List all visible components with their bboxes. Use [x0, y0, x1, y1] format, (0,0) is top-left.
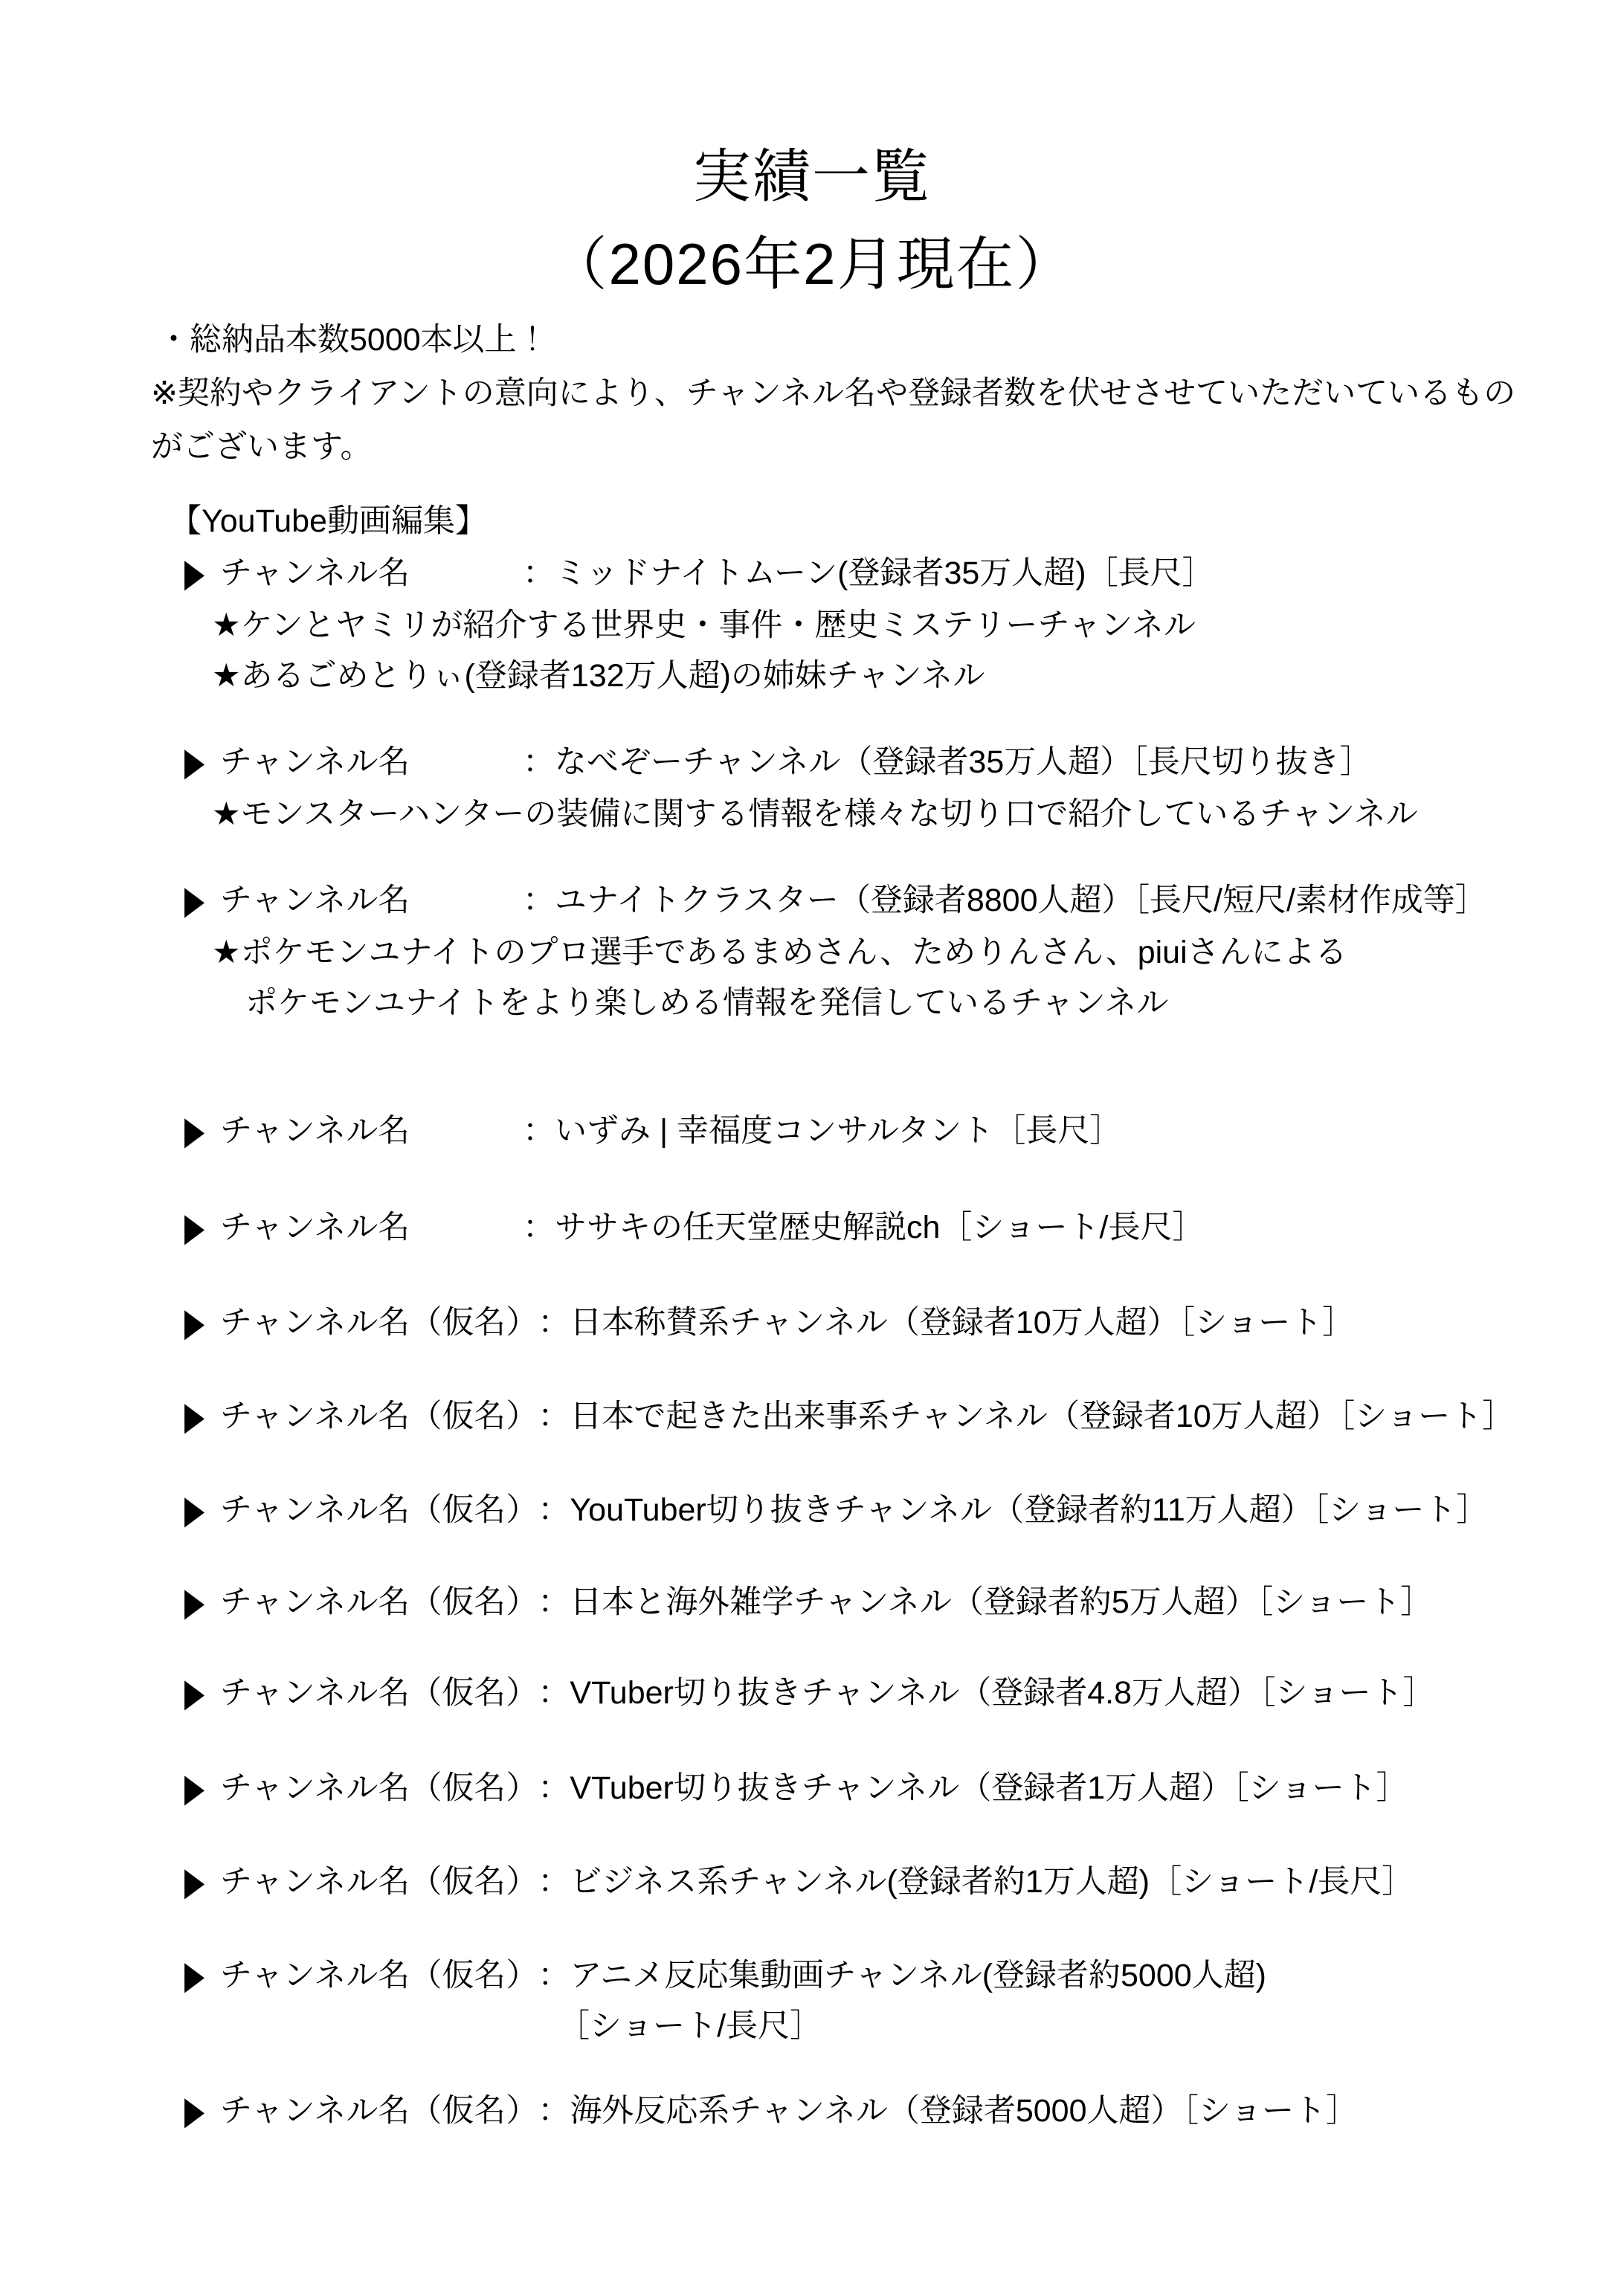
entry-colon: ：: [538, 1671, 570, 1715]
channel-entry: ▶ チャンネル名（仮名） ： YouTuber切り抜きチャンネル（登録者約11万…: [184, 1489, 1488, 1532]
triangle-bullet-icon: ▶: [184, 1202, 213, 1254]
channel-name: アニメ反応集動画チャンネル(登録者約5000人超): [570, 1954, 1266, 1997]
entry-label: チャンネル名（仮名）: [220, 1581, 538, 1624]
entry-colon: ：: [523, 552, 555, 595]
channel-note-continuation: ポケモンユナイトをより楽しめる情報を発信しているチャンネル: [245, 981, 1168, 1025]
channel-note: ★ケンとヤミリが紹介する世界史・事件・歴史ミステリーチャンネル: [212, 604, 1196, 647]
channel-name: 海外反応系チャンネル（登録者5000人超）［ショート］: [570, 2089, 1358, 2132]
entry-colon: ：: [523, 879, 555, 922]
channel-name: ミッドナイトムーン(登録者35万人超)［長尺］: [555, 552, 1214, 595]
entry-label: チャンネル名（仮名）: [220, 1489, 538, 1532]
triangle-bullet-icon: ▶: [184, 1390, 213, 1443]
triangle-bullet-icon: ▶: [184, 547, 213, 600]
page-title: 実績一覧: [0, 135, 1624, 217]
channel-name: VTuber切り抜きチャンネル（登録者1万人超）［ショート］: [570, 1767, 1408, 1810]
entry-label: チャンネル名: [220, 1109, 523, 1152]
channel-name: VTuber切り抜きチャンネル（登録者4.8万人超）［ショート］: [570, 1671, 1434, 1715]
channel-entry: ▶ チャンネル名（仮名） ： アニメ反応集動画チャンネル(登録者約5000人超): [184, 1954, 1266, 1997]
entry-label: チャンネル名（仮名）: [220, 1954, 538, 1997]
channel-entry: ▶ チャンネル名（仮名） ： VTuber切り抜きチャンネル（登録者1万人超）［…: [184, 1767, 1408, 1810]
triangle-bullet-icon: ▶: [184, 1484, 213, 1537]
channel-note: ★ポケモンユナイトのプロ選手であるまめさん、ためりんさん、piuiさんによる: [212, 931, 1347, 974]
entry-colon: ：: [538, 1395, 570, 1438]
preamble-line-disclaimer-2: がございます。: [151, 425, 373, 468]
channel-entry: ▶ チャンネル名（仮名） ： 海外反応系チャンネル（登録者5000人超）［ショー…: [184, 2089, 1358, 2132]
channel-name: 日本で起きた出来事系チャンネル（登録者10万人超）［ショート］: [570, 1395, 1514, 1438]
entry-colon: ：: [538, 1301, 570, 1344]
triangle-bullet-icon: ▶: [184, 1105, 213, 1158]
channel-note: ★あるごめとりぃ(登録者132万人超)の姉妹チャンネル: [212, 654, 985, 697]
channel-entry: ▶ チャンネル名 ： ユナイトクラスター（登録者8800人超）［長尺/短尺/素材…: [184, 879, 1487, 922]
channel-name: いずみ | 幸福度コンサルタント［長尺］: [555, 1109, 1121, 1152]
entry-label: チャンネル名（仮名）: [220, 1860, 538, 1903]
triangle-bullet-icon: ▶: [184, 2085, 213, 2138]
document-page: 実績一覧 （2026年2月現在） ・総納品本数5000本以上！ ※契約やクライア…: [0, 0, 1624, 2296]
entry-colon: ：: [538, 1767, 570, 1810]
triangle-bullet-icon: ▶: [184, 1667, 213, 1720]
entry-label: チャンネル名: [220, 879, 523, 922]
entry-colon: ：: [523, 741, 555, 784]
triangle-bullet-icon: ▶: [184, 1297, 213, 1349]
channel-name: ユナイトクラスター（登録者8800人超）［長尺/短尺/素材作成等］: [555, 879, 1487, 922]
preamble-line-disclaimer-1: ※契約やクライアントの意向により、チャンネル名や登録者数を伏せさせていただいてい…: [151, 372, 1515, 415]
channel-name: ササキの任天堂歴史解説ch［ショート/長尺］: [555, 1206, 1205, 1249]
entry-label: チャンネル名（仮名）: [220, 1671, 538, 1715]
entry-label: チャンネル名（仮名）: [220, 2089, 538, 2132]
triangle-bullet-icon: ▶: [184, 1576, 213, 1629]
channel-entry: ▶ チャンネル名（仮名） ： 日本と海外雑学チャンネル（登録者約5万人超）［ショ…: [184, 1581, 1432, 1624]
channel-entry: ▶ チャンネル名（仮名） ： 日本称賛系チャンネル（登録者10万人超）［ショート…: [184, 1301, 1354, 1344]
entry-label: チャンネル名（仮名）: [220, 1767, 538, 1810]
entry-colon: ：: [523, 1206, 555, 1249]
section-header-youtube-editing: 【YouTube動画編集】: [170, 500, 487, 543]
channel-name: ビジネス系チャンネル(登録者約1万人超)［ショート/長尺］: [570, 1860, 1414, 1903]
entry-label: チャンネル名（仮名）: [220, 1395, 538, 1438]
entry-colon: ：: [538, 2089, 570, 2132]
channel-name: 日本と海外雑学チャンネル（登録者約5万人超）［ショート］: [570, 1581, 1432, 1624]
channel-name: 日本称賛系チャンネル（登録者10万人超）［ショート］: [570, 1301, 1354, 1344]
triangle-bullet-icon: ▶: [184, 874, 213, 927]
entry-label: チャンネル名: [220, 741, 523, 784]
channel-note: ★モンスターハンターの装備に関する情報を様々な切り口で紹介しているチャンネル: [212, 793, 1418, 836]
preamble-line-total-count: ・総納品本数5000本以上！: [158, 318, 549, 361]
triangle-bullet-icon: ▶: [184, 1762, 213, 1815]
channel-name: YouTuber切り抜きチャンネル（登録者約11万人超）［ショート］: [570, 1489, 1488, 1532]
channel-entry: ▶ チャンネル名（仮名） ： ビジネス系チャンネル(登録者約1万人超)［ショート…: [184, 1860, 1414, 1903]
channel-entry: ▶ チャンネル名 ： いずみ | 幸福度コンサルタント［長尺］: [184, 1109, 1121, 1152]
channel-entry: ▶ チャンネル名 ： ミッドナイトムーン(登録者35万人超)［長尺］: [184, 552, 1214, 595]
channel-entry: ▶ チャンネル名 ： ササキの任天堂歴史解説ch［ショート/長尺］: [184, 1206, 1205, 1249]
entry-colon: ：: [538, 1860, 570, 1903]
entry-label: チャンネル名（仮名）: [220, 1301, 538, 1344]
entry-colon: ：: [538, 1954, 570, 1997]
channel-entry: ▶ チャンネル名 ： なべぞーチャンネル（登録者35万人超）［長尺切り抜き］: [184, 741, 1372, 784]
entry-colon: ：: [538, 1489, 570, 1532]
channel-name: なべぞーチャンネル（登録者35万人超）［長尺切り抜き］: [555, 741, 1372, 784]
triangle-bullet-icon: ▶: [184, 1856, 213, 1909]
entry-colon: ：: [523, 1109, 555, 1152]
channel-format-continuation: ［ショート/長尺］: [558, 2005, 822, 2048]
entry-label: チャンネル名: [220, 552, 523, 595]
page-subtitle: （2026年2月現在）: [0, 223, 1624, 305]
channel-entry: ▶ チャンネル名（仮名） ： 日本で起きた出来事系チャンネル（登録者10万人超）…: [184, 1395, 1514, 1438]
channel-entry: ▶ チャンネル名（仮名） ： VTuber切り抜きチャンネル（登録者4.8万人超…: [184, 1671, 1435, 1715]
triangle-bullet-icon: ▶: [184, 1950, 213, 2002]
entry-label: チャンネル名: [220, 1206, 523, 1249]
entry-colon: ：: [538, 1581, 570, 1624]
triangle-bullet-icon: ▶: [184, 736, 213, 789]
